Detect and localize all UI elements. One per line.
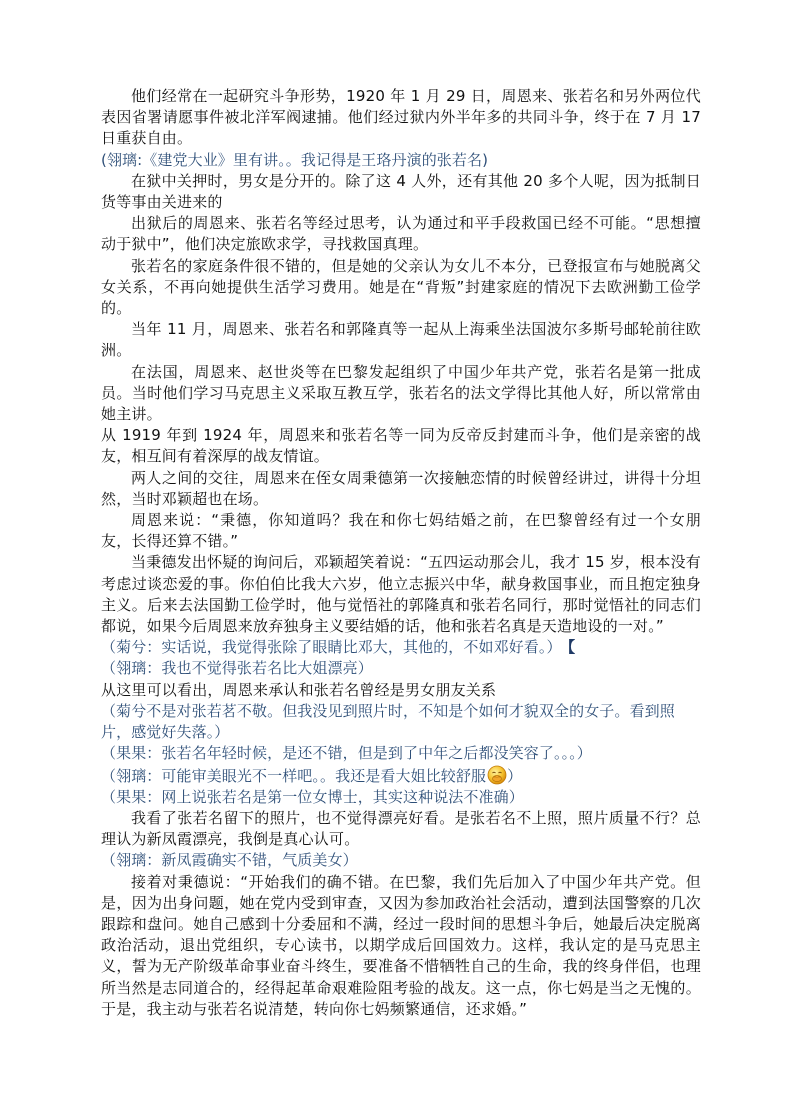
paragraph: 两人之间的交往，周恩来在侄女周秉德第一次接触恋情的时候曾经讲过，讲得十分坦然，当…: [101, 468, 701, 510]
reader-comment: （果果：网上说张若名是第一位女博士，其实这种说法不准确）: [101, 787, 701, 808]
shy-smile-emoji-icon: [487, 765, 507, 785]
reader-comment: （翎璃：可能审美眼光不一样吧。。我还是看大姐比较舒服）: [101, 765, 701, 787]
comment-text: （菊兮：实话说，我觉得张除了眼睛比邓大，其他的，不如邓好看。）: [101, 638, 562, 656]
paragraph: 我看了张若名留下的照片，也不觉得漂亮好看。是张若名不上照，照片质量不行？总理认为…: [101, 808, 701, 850]
paragraph: 从这里可以看出，周恩来承认和张若名曾经是男女朋友关系: [101, 680, 701, 701]
bracket-mark: 【: [568, 638, 576, 656]
paragraph: 他们经常在一起研究斗争形势，1920 年 1 月 29 日，周恩来、张若名和另外…: [101, 86, 701, 150]
document-page: 他们经常在一起研究斗争形势，1920 年 1 月 29 日，周恩来、张若名和另外…: [101, 86, 701, 1020]
paragraph: 接着对秉德说：“开始我们的确不错。在巴黎，我们先后加入了中国少年共产党。但是，因…: [101, 872, 701, 1020]
paragraph: 在狱中关押时，男女是分开的。除了这 4 人外，还有其他 20 多个人呢，因为抵制…: [101, 171, 701, 213]
reader-comment: （翎璃：我也不觉得张若名比大姐漂亮）: [101, 658, 701, 679]
reader-comment: （菊兮不是对张若茗不敬。但我没见到照片时，不知是个如何才貌双全的女子。看到照片，…: [101, 701, 701, 743]
reader-comment: （菊兮：实话说，我觉得张除了眼睛比邓大，其他的，不如邓好看。）【: [101, 637, 701, 658]
paragraph: 在法国，周恩来、赵世炎等在巴黎发起组织了中国少年共产党，张若名是第一批成员。当时…: [101, 362, 701, 426]
comment-suffix: ）: [507, 767, 522, 785]
paragraph: 当年 11 月，周恩来、张若名和郭隆真等一起从上海乘坐法国波尔多斯号邮轮前往欧洲…: [101, 319, 701, 361]
paragraph: 从 1919 年到 1924 年，周恩来和张若名等一同为反帝反封建而斗争，他们是…: [101, 425, 701, 467]
paragraph: 周恩来说：“秉德，你知道吗？我在和你七妈结婚之前，在巴黎曾经有过一个女朋友，长得…: [101, 510, 701, 552]
reader-comment: (翎璃:《建党大业》里有讲。。我记得是王珞丹演的张若名): [101, 150, 701, 171]
paragraph: 当秉德发出怀疑的询问后，邓颖超笑着说：“五四运动那会儿，我才 15 岁，根本没有…: [101, 552, 701, 637]
reader-comment: （果果：张若名年轻时候，是还不错，但是到了中年之后都没笑容了。。。）: [101, 743, 701, 764]
reader-comment: （翎璃：新凤霞确实不错，气质美女）: [101, 850, 701, 871]
paragraph: 张若名的家庭条件很不错的，但是她的父亲认为女儿不本分，已登报宣布与她脱离父女关系…: [101, 256, 701, 320]
comment-text: （翎璃：可能审美眼光不一样吧。。我还是看大姐比较舒服: [101, 767, 486, 785]
paragraph: 出狱后的周恩来、张若名等经过思考，认为通过和平手段救国已经不可能。“思想擅动于狱…: [101, 213, 701, 255]
